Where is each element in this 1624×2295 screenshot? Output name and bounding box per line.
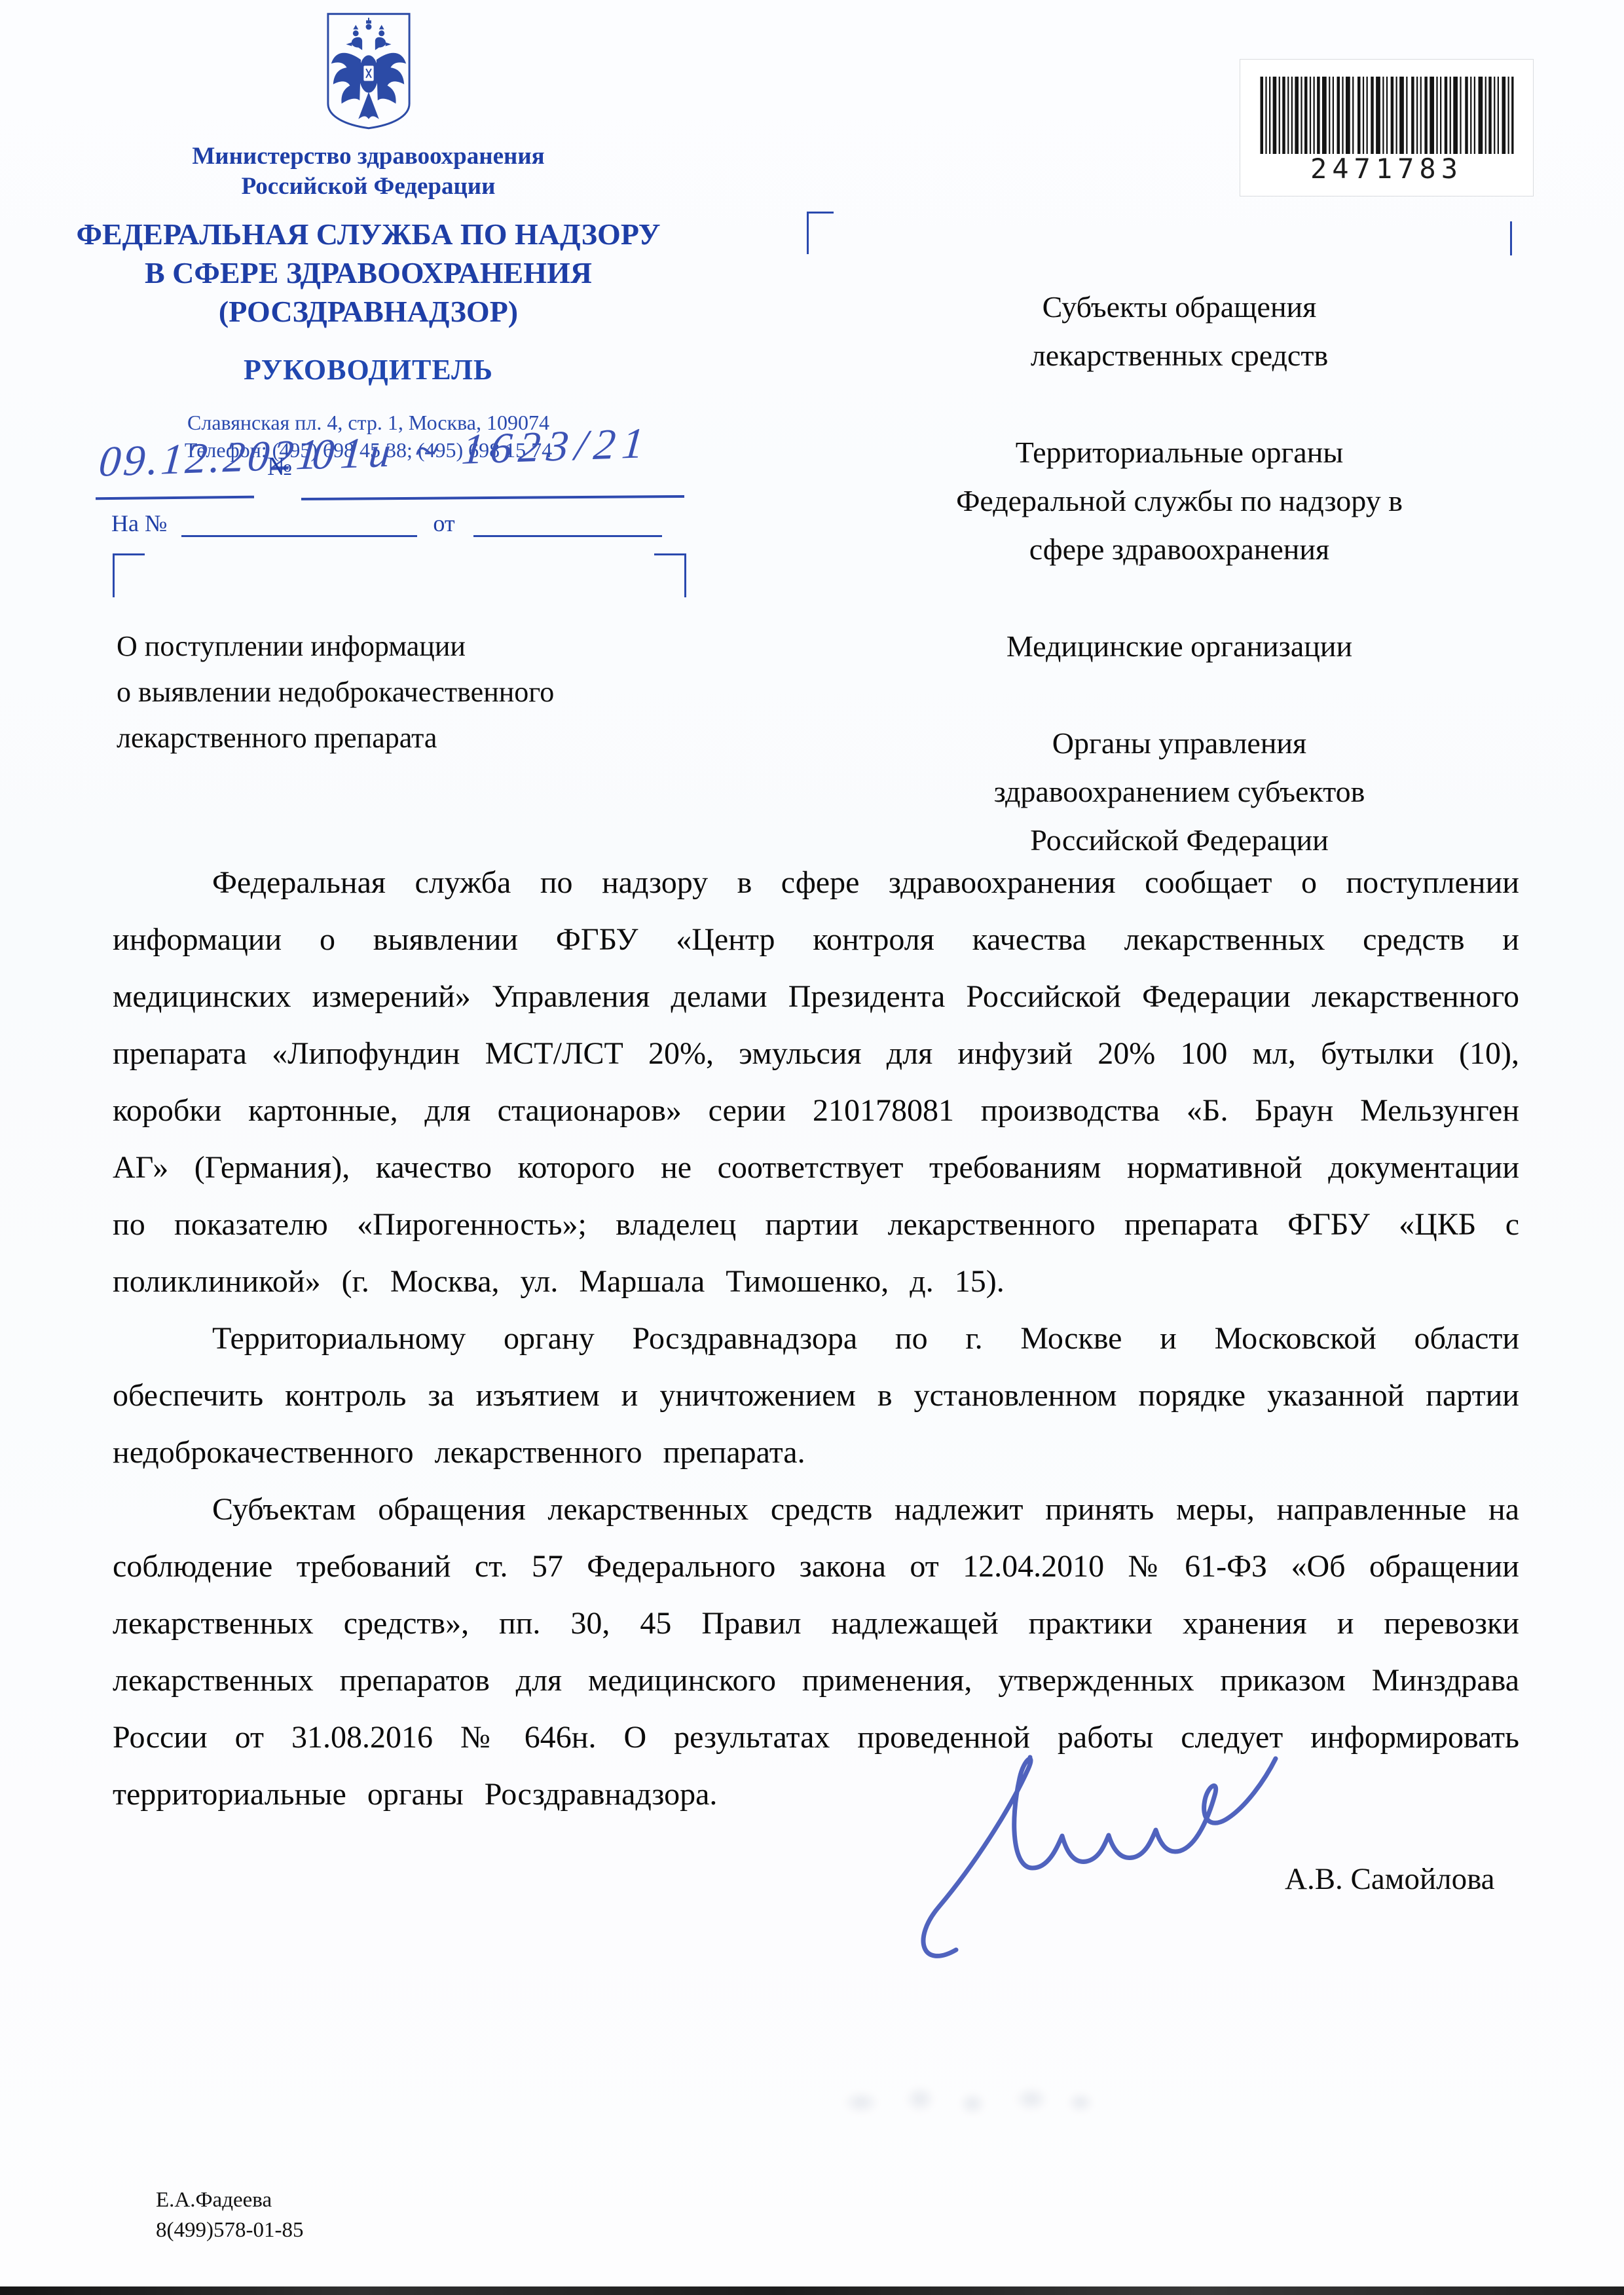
subject-zone-corner-right: [654, 553, 686, 597]
date-underline: [96, 496, 254, 500]
reply-number-blank: [181, 513, 417, 537]
letter-body: Федеральная служба по надзору в сфере зд…: [113, 854, 1519, 1823]
signature-icon: [910, 1739, 1297, 1965]
signer-name: А.В. Самойлова: [1285, 1861, 1495, 1897]
body-paragraph-2: Территориальному органу Росздравнадзора …: [113, 1310, 1519, 1481]
barcode-number: 2471783: [1240, 154, 1533, 184]
bleed-through-stain: [822, 2063, 1103, 2135]
position-title: РУКОВОДИТЕЛЬ: [75, 353, 661, 386]
reply-date-blank: [473, 513, 662, 537]
service-name: ФЕДЕРАЛЬНАЯ СЛУЖБА ПО НАДЗОРУ В СФЕРЕ ЗД…: [75, 215, 661, 331]
number-underline: [301, 495, 684, 500]
barcode-icon: [1257, 77, 1517, 154]
recipient-medical-organizations: Медицинские организации: [848, 622, 1511, 671]
number-sign: №: [267, 451, 292, 481]
body-paragraph-3: Субъектам обращения лекарственных средст…: [113, 1481, 1519, 1823]
recipient-subjects: Субъекты обращения лекарственных средств: [848, 283, 1511, 380]
barcode-label: 2471783: [1240, 59, 1534, 196]
scan-bottom-edge: [0, 2286, 1624, 2295]
executor-block: Е.А.Фадеева 8(499)578-01-85: [156, 2185, 303, 2245]
letterhead: Министерство здравоохранения Российской …: [75, 9, 661, 464]
reply-prefix-label: На №: [111, 510, 167, 536]
body-paragraph-1: Федеральная служба по надзору в сфере зд…: [113, 854, 1519, 1310]
subject-zone-corner-left: [113, 553, 145, 597]
recipient-zone-corner-left: [807, 212, 834, 254]
recipients-column: Субъекты обращения лекарственных средств…: [848, 234, 1511, 913]
recipient-territorial-bodies: Территориальные органы Федеральной служб…: [848, 428, 1511, 574]
document-page: Министерство здравоохранения Российской …: [0, 0, 1624, 2295]
executor-phone: 8(499)578-01-85: [156, 2215, 303, 2245]
reply-from-label: от: [433, 510, 454, 536]
ministry-name: Министерство здравоохранения Российской …: [75, 141, 661, 202]
russia-coat-of-arms-icon: [323, 9, 414, 132]
reply-reference-row: На №от: [111, 510, 662, 537]
subject-text: О поступлении информации о выявлении нед…: [117, 624, 680, 761]
recipient-health-authorities: Органы управления здравоохранением субъе…: [848, 719, 1511, 865]
executor-name: Е.А.Фадеева: [156, 2185, 303, 2215]
